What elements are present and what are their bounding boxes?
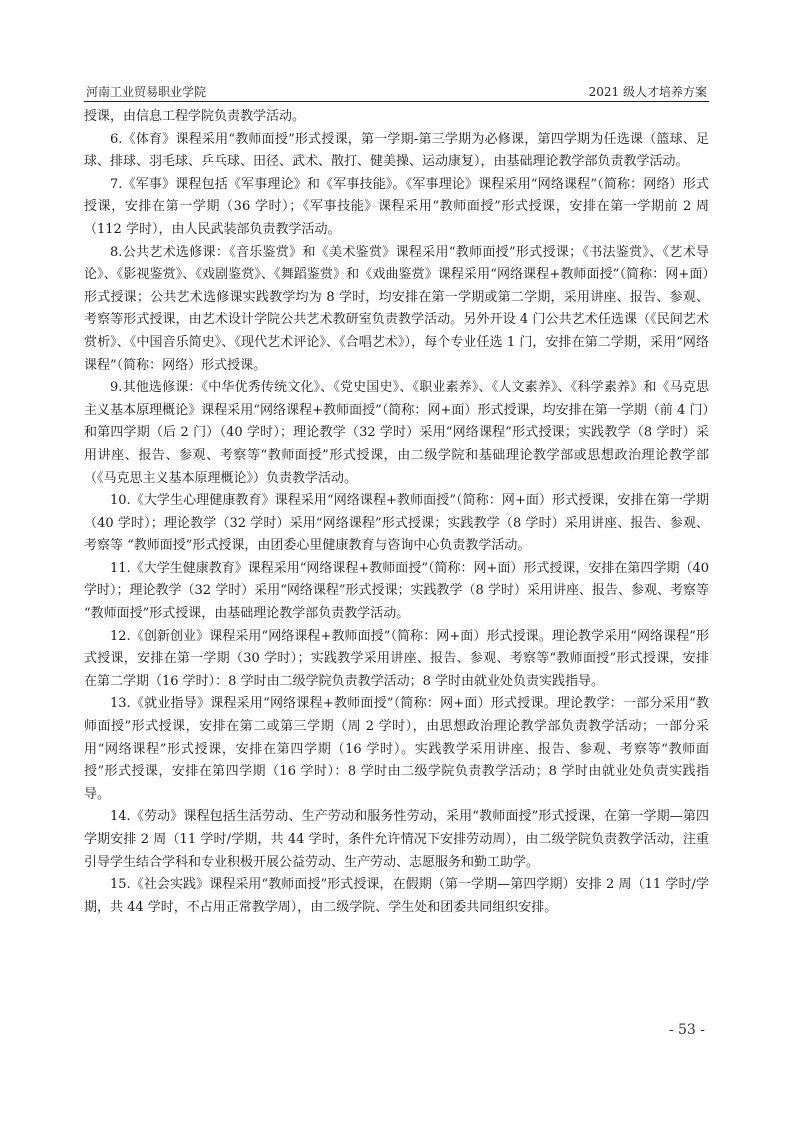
- paragraph-item-6: 6.《体育》课程采用“教师面授”形式授课，第一学期-第三学期为必修课，第四学期为…: [84, 129, 709, 174]
- header-document-title: 2021 级人才培养方案: [589, 83, 707, 100]
- page-number: - 53 -: [669, 1022, 705, 1038]
- document-body: 授课，由信息工程学院负责教学活动。 6.《体育》课程采用“教师面授”形式授课，第…: [84, 106, 709, 919]
- paragraph-item-7: 7.《军事》课程包括《军事理论》和《军事技能》。《军事理论》课程采用“网络课程”…: [84, 174, 709, 242]
- paragraph-item-10: 10.《大学生心理健康教育》课程采用“网络课程+教师面授”（简称：网+面）形式授…: [84, 490, 709, 558]
- paragraph-item-14: 14.《劳动》课程包括生活劳动、生产劳动和服务性劳动，采用“教师面授”形式授课，…: [84, 806, 709, 874]
- page-header: 河南工业贸易职业学院 2021 级人才培养方案: [86, 80, 707, 100]
- paragraph-item-8: 8.公共艺术选修课：《音乐鉴赏》和《美术鉴赏》课程采用“教师面授”形式授课；《书…: [84, 242, 709, 378]
- paragraph-item-9: 9.其他选修课：《中华优秀传统文化》、《党史国史》、《职业素养》、《人文素养》、…: [84, 377, 709, 490]
- paragraph-item-12: 12.《创新创业》课程采用“网络课程+教师面授”（简称：网+面）形式授课。理论教…: [84, 626, 709, 694]
- paragraph-item-11: 11.《大学生健康教育》课程采用“网络课程+教师面授”（简称：网+面）形式授课，…: [84, 558, 709, 626]
- header-divider: [84, 101, 709, 102]
- paragraph-item-15: 15.《社会实践》课程采用“教师面授”形式授课，在假期（第一学期—第四学期）安排…: [84, 874, 709, 919]
- paragraph-item-13: 13.《就业指导》课程采用“网络课程+教师面授”（简称：网+面）形式授课。理论教…: [84, 693, 709, 806]
- header-institution: 河南工业贸易职业学院: [86, 83, 206, 100]
- paragraph-continuation: 授课，由信息工程学院负责教学活动。: [84, 106, 709, 129]
